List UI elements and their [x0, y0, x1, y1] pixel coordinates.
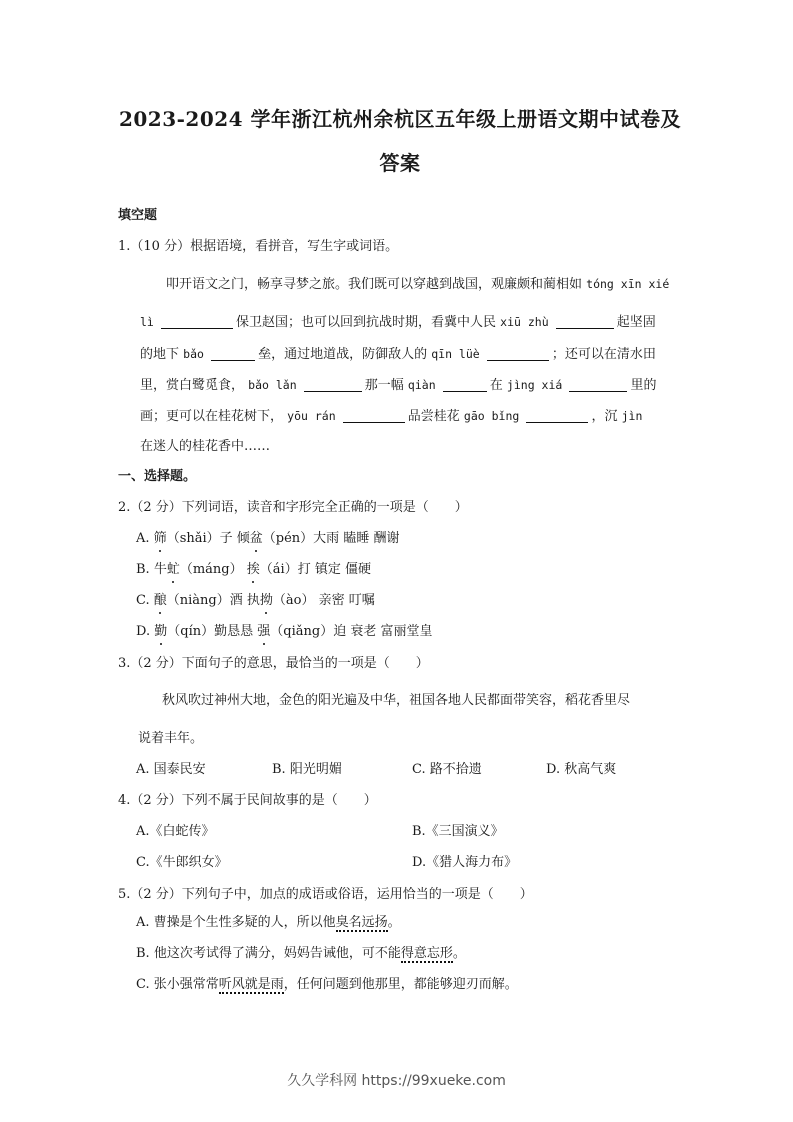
option-text: A. 曹操是个生性多疑的人，所以他: [136, 915, 336, 930]
document-title-line2: 答案: [100, 147, 700, 176]
q3-option-b[interactable]: B. 阳光明媚: [272, 761, 342, 779]
option-text: （shǎi）子 倾: [167, 531, 250, 546]
dotted-char: 勤: [154, 623, 167, 641]
answer-blank[interactable]: [443, 377, 487, 392]
answer-blank[interactable]: [161, 314, 233, 329]
q1-text: 品尝桂花: [408, 409, 460, 424]
question-3-stem: 3.（2 分）下面句子的意思，最恰当的一项是（ ）: [118, 655, 429, 673]
section-heading-choice: 一、选择题。: [118, 468, 196, 486]
pinyin: xiū zhù: [500, 315, 548, 329]
q1-text: 起坚固: [617, 315, 656, 330]
q1-text: 画；更可以在桂花树下，: [140, 409, 283, 424]
q2-option-a[interactable]: A. 筛（shǎi）子 倾盆（pén）大雨 瞌睡 酬谢: [136, 530, 399, 548]
q1-line-3: 的地下 bǎo 垒，通过地道战，防御敌人的 qīn lüè ；还可以在清水田: [140, 345, 656, 364]
dotted-char: 虻: [167, 561, 180, 579]
q4-option-a[interactable]: A.《白蛇传》: [136, 823, 215, 841]
question-5-stem: 5.（2 分）下列句子中，加点的成语或俗语，运用恰当的一项是（ ）: [118, 886, 533, 904]
pinyin: lì: [140, 315, 154, 329]
answer-blank[interactable]: [487, 346, 549, 361]
question-1-stem: 1.（10 分）根据语境，看拼音，写生字或词语。: [118, 238, 398, 256]
q3-passage-line1: 秋风吹过神州大地，金色的阳光遍及中华，祖国各地人民都面带笑容，稻花香里尽: [162, 692, 630, 710]
q2-option-d[interactable]: D. 勤（qín）勤恳恳 强（qiǎng）迫 衰老 富丽堂皇: [136, 623, 432, 641]
question-2-stem: 2.（2 分）下列词语，读音和字形完全正确的一项是（ ）: [118, 499, 468, 517]
q1-line-5: 画；更可以在桂花树下， yōu rán 品尝桂花 gāo bǐng ，沉 jìn: [140, 407, 642, 426]
q1-line-1: 叩开语文之门，畅享寻梦之旅。我们既可以穿越到战国，观廉颇和蔺相如 tóng xī…: [166, 275, 669, 294]
q4-option-b[interactable]: B.《三国演义》: [412, 823, 504, 841]
option-label: C.: [136, 593, 150, 608]
option-text: 。: [453, 946, 466, 961]
q1-text: 叩开语文之门，畅享寻梦之旅。我们既可以穿越到战国，观廉颇和蔺相如: [166, 277, 582, 292]
option-label: A.: [136, 531, 150, 546]
exam-page: 2023-2024 学年浙江杭州余杭区五年级上册语文期中试卷及 答案 填空题 1…: [0, 0, 793, 1122]
option-text: （pén）大雨 瞌睡 酬谢: [263, 531, 400, 546]
q5-option-a[interactable]: A. 曹操是个生性多疑的人，所以他臭名远扬。: [136, 914, 401, 932]
pinyin: qīn lüè: [431, 347, 479, 361]
option-text: 牛: [154, 562, 167, 577]
q1-text: 那一幅: [365, 378, 404, 393]
q1-line-2: lì 保卫赵国；也可以回到抗战时期，看冀中人民 xiū zhù 起坚固: [140, 313, 656, 332]
q2-option-c[interactable]: C. 酿（niàng）酒 执拗（ào） 亲密 叮嘱: [136, 592, 375, 610]
option-text: （qiǎng）迫 衰老 富丽堂皇: [270, 624, 432, 639]
q3-option-c[interactable]: C. 路不拾遗: [412, 761, 482, 779]
q1-text: ，沉: [591, 409, 617, 424]
pinyin: bǎo: [183, 347, 204, 361]
option-text: ，任何问题到他那里，都能够迎刃而解。: [284, 977, 518, 992]
option-text: （máng）: [180, 562, 247, 577]
dotted-char: 筛: [154, 530, 167, 548]
dotted-char: 强: [257, 623, 270, 641]
q1-text: 里的: [630, 378, 656, 393]
dotted-idiom: 得意忘形: [401, 946, 453, 963]
pinyin: jìn: [622, 409, 643, 423]
answer-blank[interactable]: [304, 377, 362, 392]
option-text: （niàng）酒 执: [167, 593, 260, 608]
option-text: （qín）勤恳恳: [167, 624, 257, 639]
q1-text: 里，赏白鹭觅食，: [140, 378, 244, 393]
answer-blank[interactable]: [343, 408, 405, 423]
q1-text: 的地下: [140, 347, 179, 362]
q3-option-d[interactable]: D. 秋高气爽: [546, 761, 616, 779]
q4-option-c[interactable]: C.《牛郎织女》: [136, 854, 228, 872]
pinyin: gāo bǐng: [464, 409, 519, 423]
option-text: （ái）打 镇定 僵硬: [260, 562, 371, 577]
q1-text: 保卫赵国；也可以回到抗战时期，看冀中人民: [236, 315, 496, 330]
dotted-idiom: 听风就是雨: [219, 977, 284, 994]
q4-option-d[interactable]: D.《猎人海力布》: [412, 854, 517, 872]
answer-blank[interactable]: [569, 377, 627, 392]
q3-option-a[interactable]: A. 国泰民安: [136, 761, 206, 779]
q1-line-6: 在迷人的桂花香中……: [140, 438, 270, 456]
pinyin: qiàn: [408, 378, 436, 392]
dotted-char: 盆: [250, 530, 263, 548]
option-label: B.: [136, 562, 150, 577]
footer-watermark: 久久学科网 https://99xueke.com: [0, 1070, 793, 1090]
q2-option-b[interactable]: B. 牛虻（máng） 挨（ái）打 镇定 僵硬: [136, 561, 371, 579]
option-text: 。: [388, 915, 401, 930]
pinyin: yōu rán: [287, 409, 335, 423]
pinyin: jìng xiá: [507, 378, 562, 392]
answer-blank[interactable]: [211, 346, 255, 361]
q5-option-b[interactable]: B. 他这次考试得了满分，妈妈告诫他，可不能得意忘形。: [136, 945, 466, 963]
dotted-char: 挨: [247, 561, 260, 579]
option-label: D.: [136, 624, 150, 639]
option-text: B. 他这次考试得了满分，妈妈告诫他，可不能: [136, 946, 401, 961]
section-heading-fill: 填空题: [118, 207, 157, 225]
document-title-line1: 2023-2024 学年浙江杭州余杭区五年级上册语文期中试卷及: [100, 103, 700, 132]
dotted-char: 酿: [154, 592, 167, 610]
q1-text: 在: [490, 378, 503, 393]
q1-text: 垒，通过地道战，防御敌人的: [258, 347, 427, 362]
dotted-char: 拗: [260, 592, 273, 610]
pinyin: bǎo lǎn: [248, 378, 296, 392]
pinyin: tóng xīn xié: [586, 277, 669, 291]
answer-blank[interactable]: [526, 408, 588, 423]
option-text: （ào） 亲密 叮嘱: [273, 593, 375, 608]
q5-option-c[interactable]: C. 张小强常常听风就是雨，任何问题到他那里，都能够迎刃而解。: [136, 976, 518, 994]
q1-text: ；还可以在清水田: [552, 347, 656, 362]
q3-passage-line2: 说着丰年。: [138, 730, 203, 748]
question-4-stem: 4.（2 分）下列不属于民间故事的是（ ）: [118, 792, 377, 810]
q1-line-4: 里，赏白鹭觅食， bǎo lǎn 那一幅 qiàn 在 jìng xiá 里的: [140, 376, 656, 395]
option-text: C. 张小强常常: [136, 977, 219, 992]
answer-blank[interactable]: [556, 314, 614, 329]
dotted-idiom: 臭名远扬: [336, 915, 388, 932]
